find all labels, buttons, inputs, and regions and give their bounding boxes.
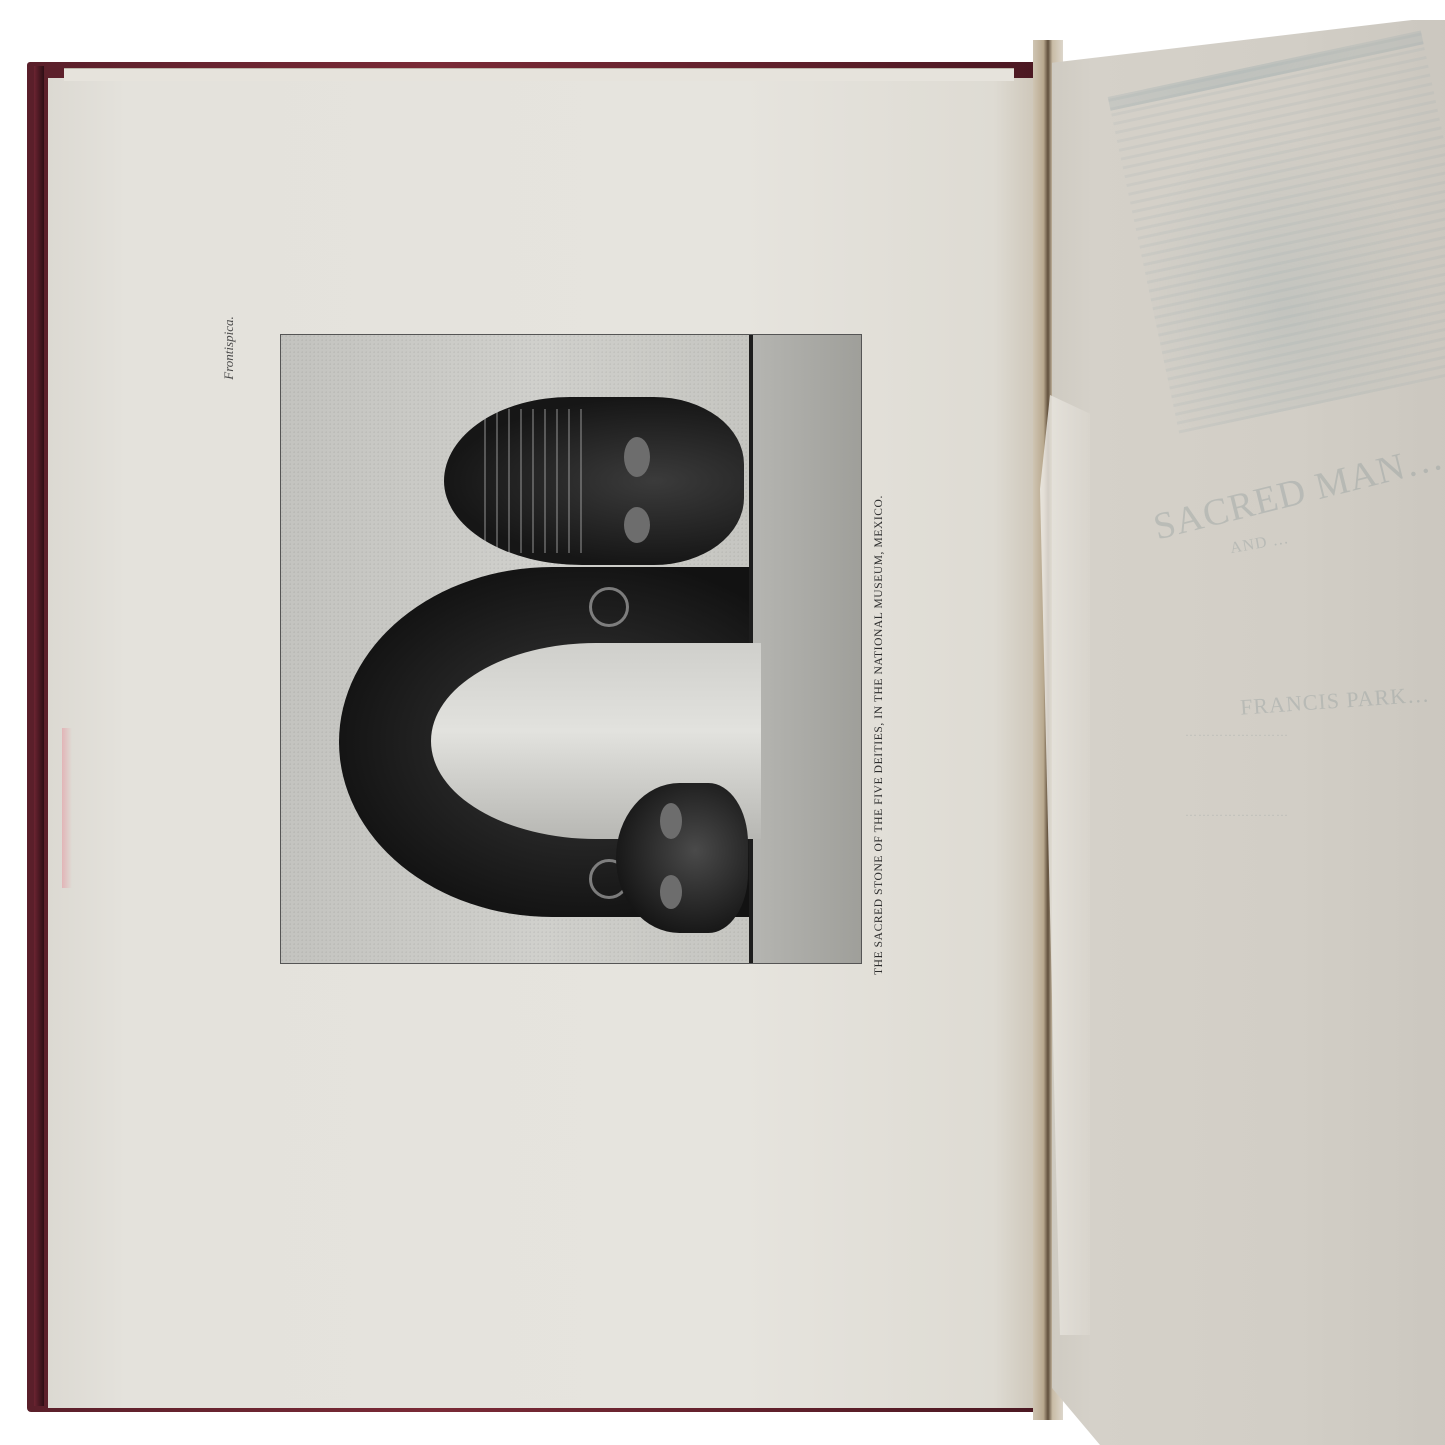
head-eye	[660, 803, 682, 839]
arch-glyph	[589, 587, 629, 627]
plate-pedestal	[749, 335, 861, 963]
stone-head-small	[616, 783, 748, 933]
headdress-bands	[484, 409, 584, 553]
ghost-imprint: ……………………	[1185, 805, 1289, 820]
plate-caption: THE SACRED STONE OF THE FIVE DEITIES, IN…	[873, 495, 885, 975]
ghost-author-line: ……………………	[1185, 725, 1289, 740]
frontispiece-label: Frontispica.	[221, 316, 237, 379]
page-stain	[62, 728, 72, 888]
head-eye	[660, 875, 682, 909]
frontispiece-plate	[280, 334, 862, 964]
page-edge-step	[64, 68, 1014, 81]
head-eye	[624, 507, 650, 543]
board-edge	[34, 66, 44, 1406]
head-eye	[624, 437, 650, 477]
stone-head-banded	[444, 397, 744, 565]
